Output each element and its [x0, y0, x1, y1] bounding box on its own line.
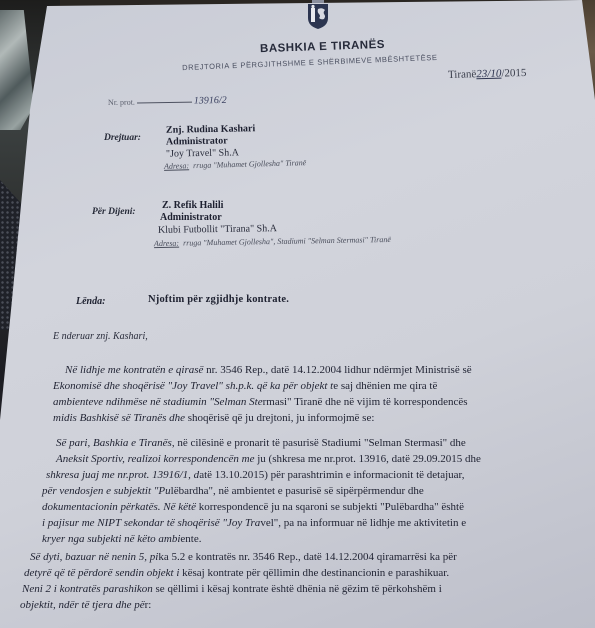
date-suffix: /2015: [501, 67, 526, 80]
paragraph-line: Në lidhje me kontratën e qirasë nr. 3546…: [53, 362, 593, 378]
paragraph-3: Së dyti, bazuar në nenin 5, pika 5.2 e k…: [20, 549, 595, 613]
letter-document: BASHKIA E TIRANËS DREJTORIA E PËRGJITHSH…: [0, 0, 595, 628]
protocol-value: 13916/2: [194, 95, 227, 107]
subject-text: Njoftim për zgjidhje kontrate.: [148, 294, 289, 305]
cc-address: Adresa: rruga "Muhamet Gjollesha", Stadi…: [154, 235, 391, 248]
cc-company: Klubi Futbollit "Tirana" Sh.A: [158, 223, 277, 236]
protocol-label: Nr. prot.: [108, 98, 135, 107]
addressee-name: Znj. Rudina Kashari: [166, 123, 255, 136]
date-prefix: Tiranë: [448, 68, 477, 81]
salutation: E nderuar znj. Kashari,: [53, 331, 148, 342]
cc-title: Administrator: [160, 212, 222, 223]
paragraph-line: për vendosjen e subjektit "Pulëbardha", …: [42, 483, 595, 499]
address-label: Adresa:: [154, 239, 179, 248]
cc-name: Z. Refik Halili: [162, 200, 223, 211]
paragraph-line: dokumentacionin përkatës. Në këtë korres…: [42, 499, 595, 515]
paragraph-line: i pajisur me NIPT sekondar të shoqërisë …: [42, 515, 595, 531]
department-name: DREJTORIA E PËRGJITHSHME E SHËRBIMEVE MB…: [182, 53, 438, 72]
addressee-address: Adresa: rruga "Muhamet Gjollesha" Tiranë: [164, 158, 306, 171]
letter-date: Tiranë23/10/2015: [448, 67, 527, 81]
date-handwritten: 23/10: [476, 68, 501, 81]
paragraph-line: Aneksit Sportiv, realizoi korrespondencë…: [42, 451, 595, 467]
paragraph-2: Së pari, Bashkia e Tiranës, në cilësinë …: [42, 435, 595, 547]
addressee-company: "Joy Travel" Sh.A: [166, 147, 239, 159]
paragraph-line: ambienteve ndihmëse në stadiumin "Selman…: [53, 394, 593, 410]
coat-of-arms-icon: [306, 0, 330, 30]
paragraph-1: Në lidhje me kontratën e qirasë nr. 3546…: [53, 362, 593, 426]
paragraph-line: kryer nga subjekti në këto ambiente.: [42, 531, 595, 547]
subject-label: Lënda:: [76, 296, 105, 307]
paragraph-line: Ekonomisë dhe shoqërisë "Joy Travel" sh.…: [53, 378, 593, 394]
cc-label: Për Dijeni:: [92, 207, 136, 217]
paragraph-line: midis Bashkisë së Tiranës dhe shoqërisë …: [53, 410, 593, 426]
paragraph-line: Së pari, Bashkia e Tiranës, në cilësinë …: [42, 435, 595, 451]
institution-name: BASHKIA E TIRANËS: [260, 39, 385, 55]
paragraph-line: detyrë që të përdorë sendin objekt i kës…: [20, 565, 595, 581]
protocol-number: Nr. prot.13916/2: [108, 95, 227, 108]
paragraph-line: shkresa juaj me nr.prot. 13916/1, datë 1…: [42, 467, 595, 483]
paragraph-line: Neni 2 i kontratës parashikon se qëllimi…: [20, 581, 595, 597]
paragraph-line: Së dyti, bazuar në nenin 5, pika 5.2 e k…: [20, 549, 595, 565]
address-label: Adresa:: [164, 161, 189, 171]
addressee-title: Administrator: [166, 135, 228, 147]
addressee-label: Drejtuar:: [104, 133, 141, 143]
paragraph-line: objektit, ndër të tjera dhe për:: [20, 597, 595, 613]
